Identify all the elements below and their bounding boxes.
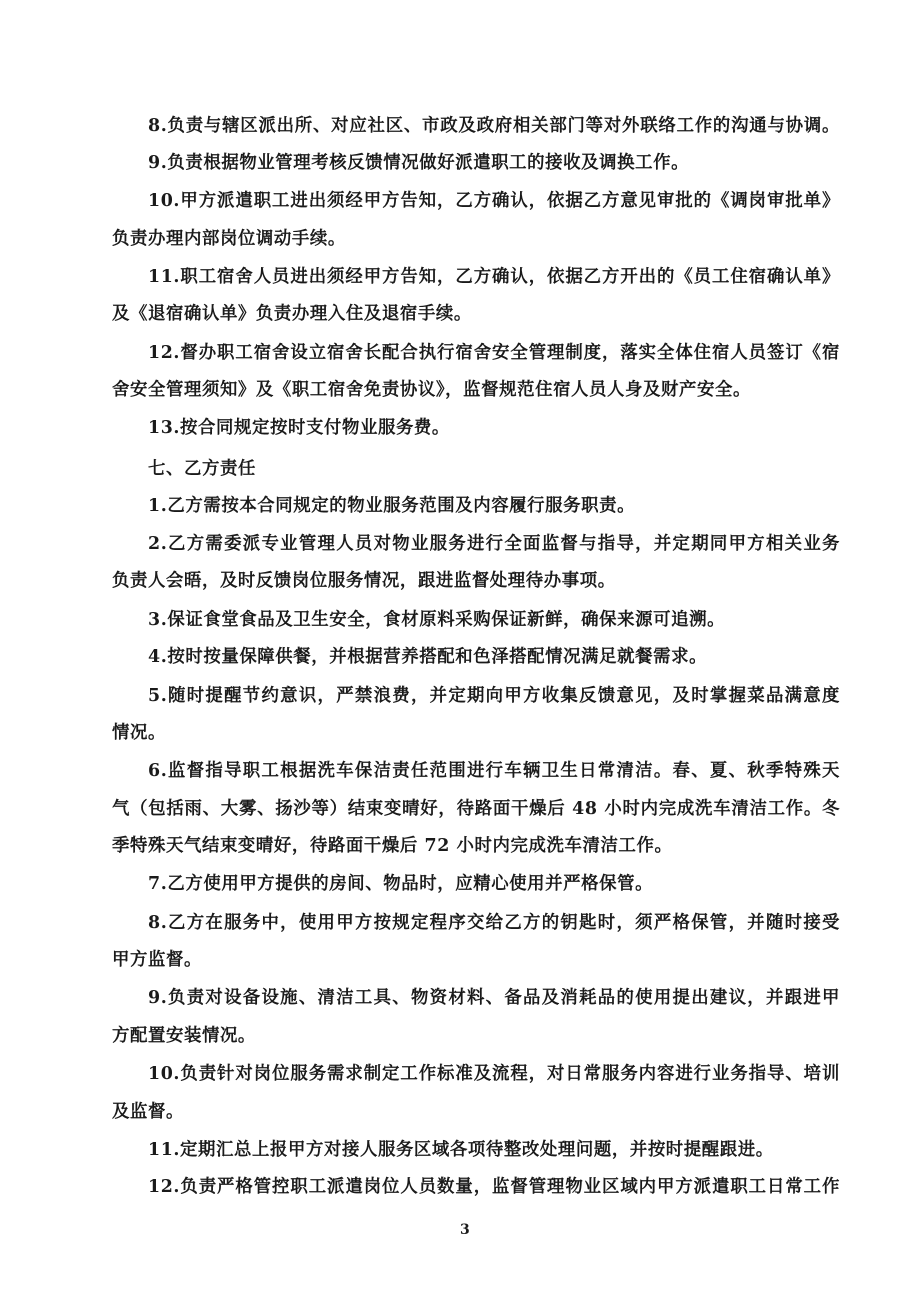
text-line: 2.乙方需委派专业管理人员对物业服务进行全面监督与指导，并定期同甲方相关业务 bbox=[148, 531, 840, 557]
text-line: 负责人会晤，及时反馈岗位服务情况，跟进监督处理待办事项。 bbox=[112, 568, 616, 594]
text-line: 1.乙方需按本合同规定的物业服务范围及内容履行服务职责。 bbox=[148, 493, 635, 519]
text-line: 5.随时提醒节约意识，严禁浪费，并定期向甲方收集反馈意见，及时掌握菜品满意度 bbox=[148, 683, 840, 709]
text-line: 7.乙方使用甲方提供的房间、物品时，应精心使用并严格保管。 bbox=[148, 871, 653, 897]
text-line: 8.乙方在服务中，使用甲方按规定程序交给乙方的钥匙时，须严格保管，并随时接受 bbox=[148, 910, 840, 936]
text-line: 4.按时按量保障供餐，并根据营养搭配和色泽搭配情况满足就餐需求。 bbox=[148, 644, 707, 670]
text-line: 10.甲方派遣职工进出须经甲方告知，乙方确认，依据乙方意见审批的《调岗审批单》 bbox=[148, 188, 840, 214]
text-line: 12.负责严格管控职工派遣岗位人员数量，监督管理物业区域内甲方派遣职工日常工作 bbox=[148, 1174, 840, 1200]
text-line: 11.职工宿舍人员进出须经甲方告知，乙方确认，依据乙方开出的《员工住宿确认单》 bbox=[148, 264, 840, 290]
text-line: 6.监督指导职工根据洗车保洁责任范围进行车辆卫生日常清洁。春、夏、秋季特殊天 bbox=[148, 758, 840, 784]
text-line: 负责办理内部岗位调动手续。 bbox=[112, 226, 346, 252]
text-line: 季特殊天气结束变晴好，待路面干燥后 72 小时内完成洗车清洁工作。 bbox=[112, 833, 672, 859]
text-line: 甲方监督。 bbox=[112, 947, 202, 973]
page-number: 3 bbox=[460, 1222, 470, 1238]
text-line: 13.按合同规定按时支付物业服务费。 bbox=[148, 415, 450, 441]
text-line: 9.负责对设备设施、清洁工具、物资材料、备品及消耗品的使用提出建议，并跟进甲 bbox=[148, 985, 840, 1011]
text-line: 情况。 bbox=[112, 720, 166, 746]
text-line: 11.定期汇总上报甲方对接人服务区域各项待整改处理问题，并按时提醒跟进。 bbox=[148, 1137, 774, 1163]
text-line: 8.负责与辖区派出所、对应社区、市政及政府相关部门等对外联络工作的沟通与协调。 bbox=[148, 113, 840, 139]
text-line: 及监督。 bbox=[112, 1099, 184, 1125]
text-line: 10.负责针对岗位服务需求制定工作标准及流程，对日常服务内容进行业务指导、培训 bbox=[148, 1061, 840, 1087]
section-heading: 七、乙方责任 bbox=[148, 456, 256, 482]
text-line: 12.督办职工宿舍设立宿舍长配合执行宿舍安全管理制度，落实全体住宿人员签订《宿 bbox=[148, 340, 840, 366]
text-line: 气（包括雨、大雾、扬沙等）结束变晴好，待路面干燥后 48 小时内完成洗车清洁工作… bbox=[112, 796, 840, 822]
text-line: 9.负责根据物业管理考核反馈情况做好派遣职工的接收及调换工作。 bbox=[148, 150, 689, 176]
text-line: 舍安全管理须知》及《职工宿舍免责协议》，监督规范住宿人员人身及财产安全。 bbox=[112, 377, 751, 403]
text-line: 方配置安装情况。 bbox=[112, 1023, 256, 1049]
text-line: 3.保证食堂食品及卫生安全，食材原料采购保证新鲜，确保来源可追溯。 bbox=[148, 607, 725, 633]
text-line: 及《退宿确认单》负责办理入住及退宿手续。 bbox=[112, 301, 472, 327]
